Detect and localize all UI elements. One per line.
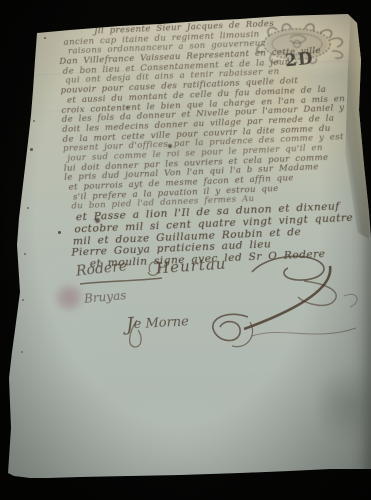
ink-speck bbox=[58, 231, 61, 234]
ink-blot bbox=[168, 144, 172, 148]
ink-speck bbox=[33, 120, 35, 122]
ink-speck bbox=[44, 37, 46, 39]
manuscript-photo: Jll presente Sieur Jacques de Rodesancie… bbox=[0, 0, 371, 500]
ink-speck bbox=[24, 253, 26, 255]
ink-blot bbox=[95, 218, 100, 223]
ink-speck bbox=[21, 351, 23, 353]
ink-blot bbox=[126, 106, 129, 109]
ink-speck bbox=[30, 148, 33, 151]
ink-speck bbox=[27, 207, 29, 209]
signature-flourish-strokes bbox=[0, 0, 371, 500]
ink-speck bbox=[22, 299, 24, 301]
manuscript-paper: Jll presente Sieur Jacques de Rodesancie… bbox=[0, 0, 371, 500]
